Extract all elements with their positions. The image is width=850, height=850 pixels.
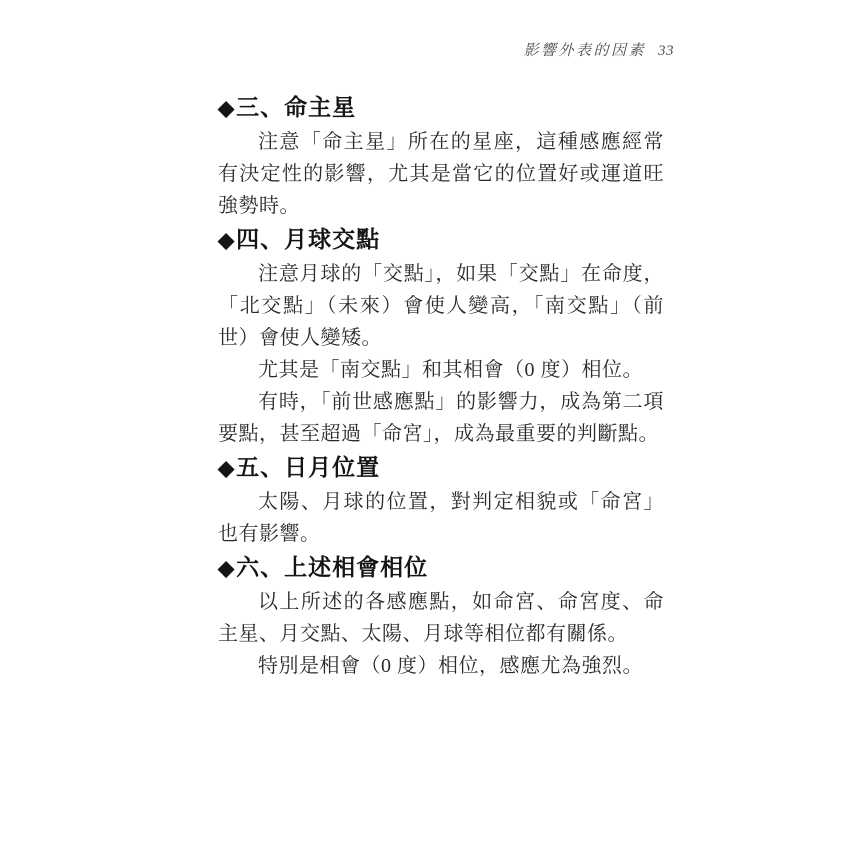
paragraph: 以上所述的各感應點，如命宮、命宮度、命主星、月交點、太陽、月球等相位都有關係。 xyxy=(218,586,664,650)
section-heading-5: ◆五、日月位置 xyxy=(218,450,664,486)
paragraph: 注意「命主星」所在的星座，這種感應經常有決定性的影響，尤其是當它的位置好或運道旺… xyxy=(218,126,664,222)
paragraph: 尤其是「南交點」和其相會（0 度）相位。 xyxy=(218,354,664,386)
paragraph: 注意月球的「交點」，如果「交點」在命度，「北交點」（未來）會使人變高，「南交點」… xyxy=(218,258,664,354)
section-heading-3: ◆三、命主星 xyxy=(218,90,664,126)
diamond-bullet-icon: ◆ xyxy=(218,456,235,480)
paragraph: 特別是相會（0 度）相位，感應尤為強烈。 xyxy=(218,650,664,682)
page-number: 33 xyxy=(658,43,674,59)
section-heading-text: 三、命主星 xyxy=(236,95,356,120)
section-heading-text: 四、月球交點 xyxy=(236,227,380,252)
section-heading-text: 六、上述相會相位 xyxy=(236,555,428,580)
section-heading-4: ◆四、月球交點 xyxy=(218,222,664,258)
section-heading-6: ◆六、上述相會相位 xyxy=(218,550,664,586)
diamond-bullet-icon: ◆ xyxy=(218,556,235,580)
paragraph: 太陽、月球的位置，對判定相貌或「命宮」也有影響。 xyxy=(218,486,664,550)
section-heading-text: 五、日月位置 xyxy=(236,455,380,480)
diamond-bullet-icon: ◆ xyxy=(218,228,235,252)
running-header: 影響外表的因素33 xyxy=(0,41,674,61)
page-content: ◆三、命主星 注意「命主星」所在的星座，這種感應經常有決定性的影響，尤其是當它的… xyxy=(218,90,664,682)
paragraph: 有時，「前世感應點」的影響力，成為第二項要點，甚至超過「命宮」，成為最重要的判斷… xyxy=(218,386,664,450)
book-page: 影響外表的因素33 ◆三、命主星 注意「命主星」所在的星座，這種感應經常有決定性… xyxy=(0,0,850,850)
running-header-title: 影響外表的因素 xyxy=(523,43,646,59)
diamond-bullet-icon: ◆ xyxy=(218,96,235,120)
